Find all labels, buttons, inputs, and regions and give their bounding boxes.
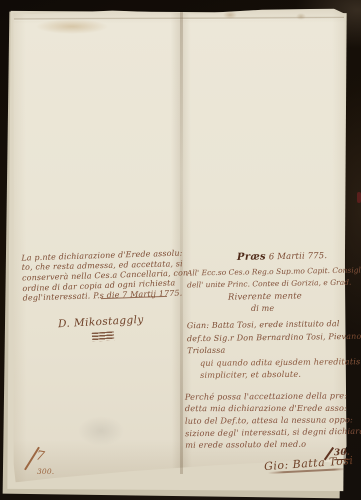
paper-stain — [296, 13, 306, 20]
petition-line: detta mia dichiarazione d'Erede asso: — [185, 402, 361, 414]
ink-showthrough — [78, 416, 124, 446]
latin-line: simpliciter, et absolute. — [200, 368, 360, 381]
presentation-date: 6 Martii 775. — [269, 251, 328, 262]
manuscript-photo: La p.nte dichiarazione d'Erede assolu: t… — [0, 0, 361, 500]
foliation-number: 300. — [37, 467, 54, 476]
presentation-date-line: Præs 6 Martii 775. — [237, 250, 327, 263]
latin-line: qui quando adita ejusdem hereditatis — [200, 356, 360, 369]
paper-stain — [36, 19, 108, 34]
petition-paragraph: Perché possa l'accettazione della pre: d… — [185, 389, 361, 451]
presentation-stamp: Præs — [237, 251, 266, 263]
petition-line: Perché possa l'accettazione della pre: — [185, 389, 361, 403]
salutation-line: di me — [251, 304, 274, 313]
address-block: All' Ecc.so Ces.o Reg.o Sup.mo Capit. Co… — [187, 264, 360, 290]
petition-line: sizione degl' interessati, si degni dich… — [185, 425, 361, 439]
paper-stain — [223, 11, 237, 19]
salutation-line: Riverente mente — [228, 291, 302, 302]
signature-flourish — [92, 331, 115, 342]
edge-red-fleck — [357, 192, 361, 203]
petitioner-intro: Gian: Batta Tosi, erede instituito dal d… — [187, 318, 361, 358]
center-fold-crease — [180, 12, 183, 474]
intro-line: def.to Sig.r Don Bernardino Tosi, Pievan… — [187, 330, 361, 345]
latin-clause: qui quando adita ejusdem hereditatis sim… — [200, 356, 360, 381]
